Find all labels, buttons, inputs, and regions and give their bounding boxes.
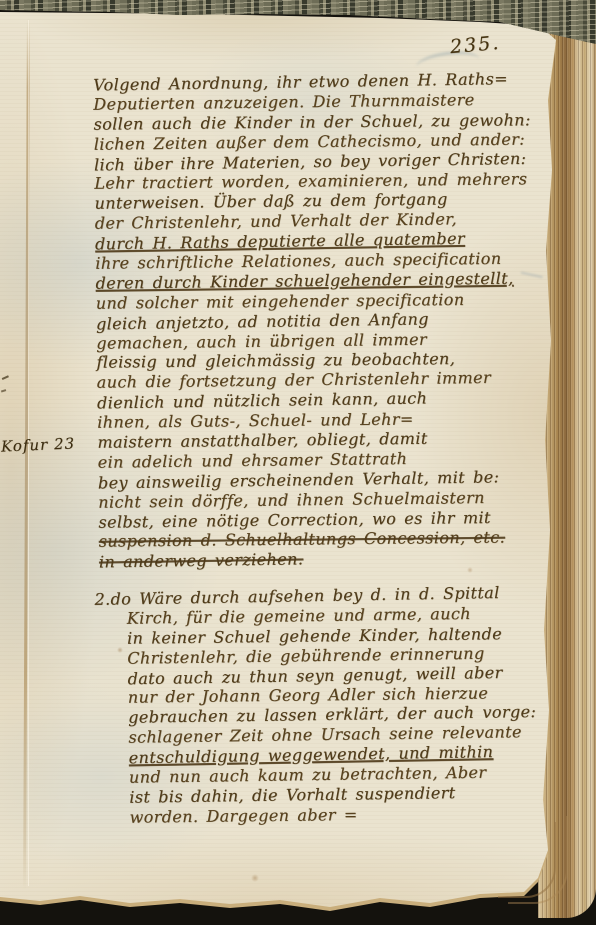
manuscript-paragraph-1: Volgend Anordnung, ihr etwo denen H. Rat… [93,69,555,572]
manuscript-paragraph-2: 2.do Wäre durch aufsehen bey d. in d. Sp… [94,583,553,828]
margin-note: Kofur 23 [1,434,76,455]
folio-number: 235. [449,32,501,58]
manuscript-scan: 235. Kofur 23 Volgend Anordnung, ihr etw… [0,0,596,925]
manuscript-line: sollen auch die Kinder in der Schuel, zu… [93,110,549,135]
sheet-corner-edge [508,816,568,904]
